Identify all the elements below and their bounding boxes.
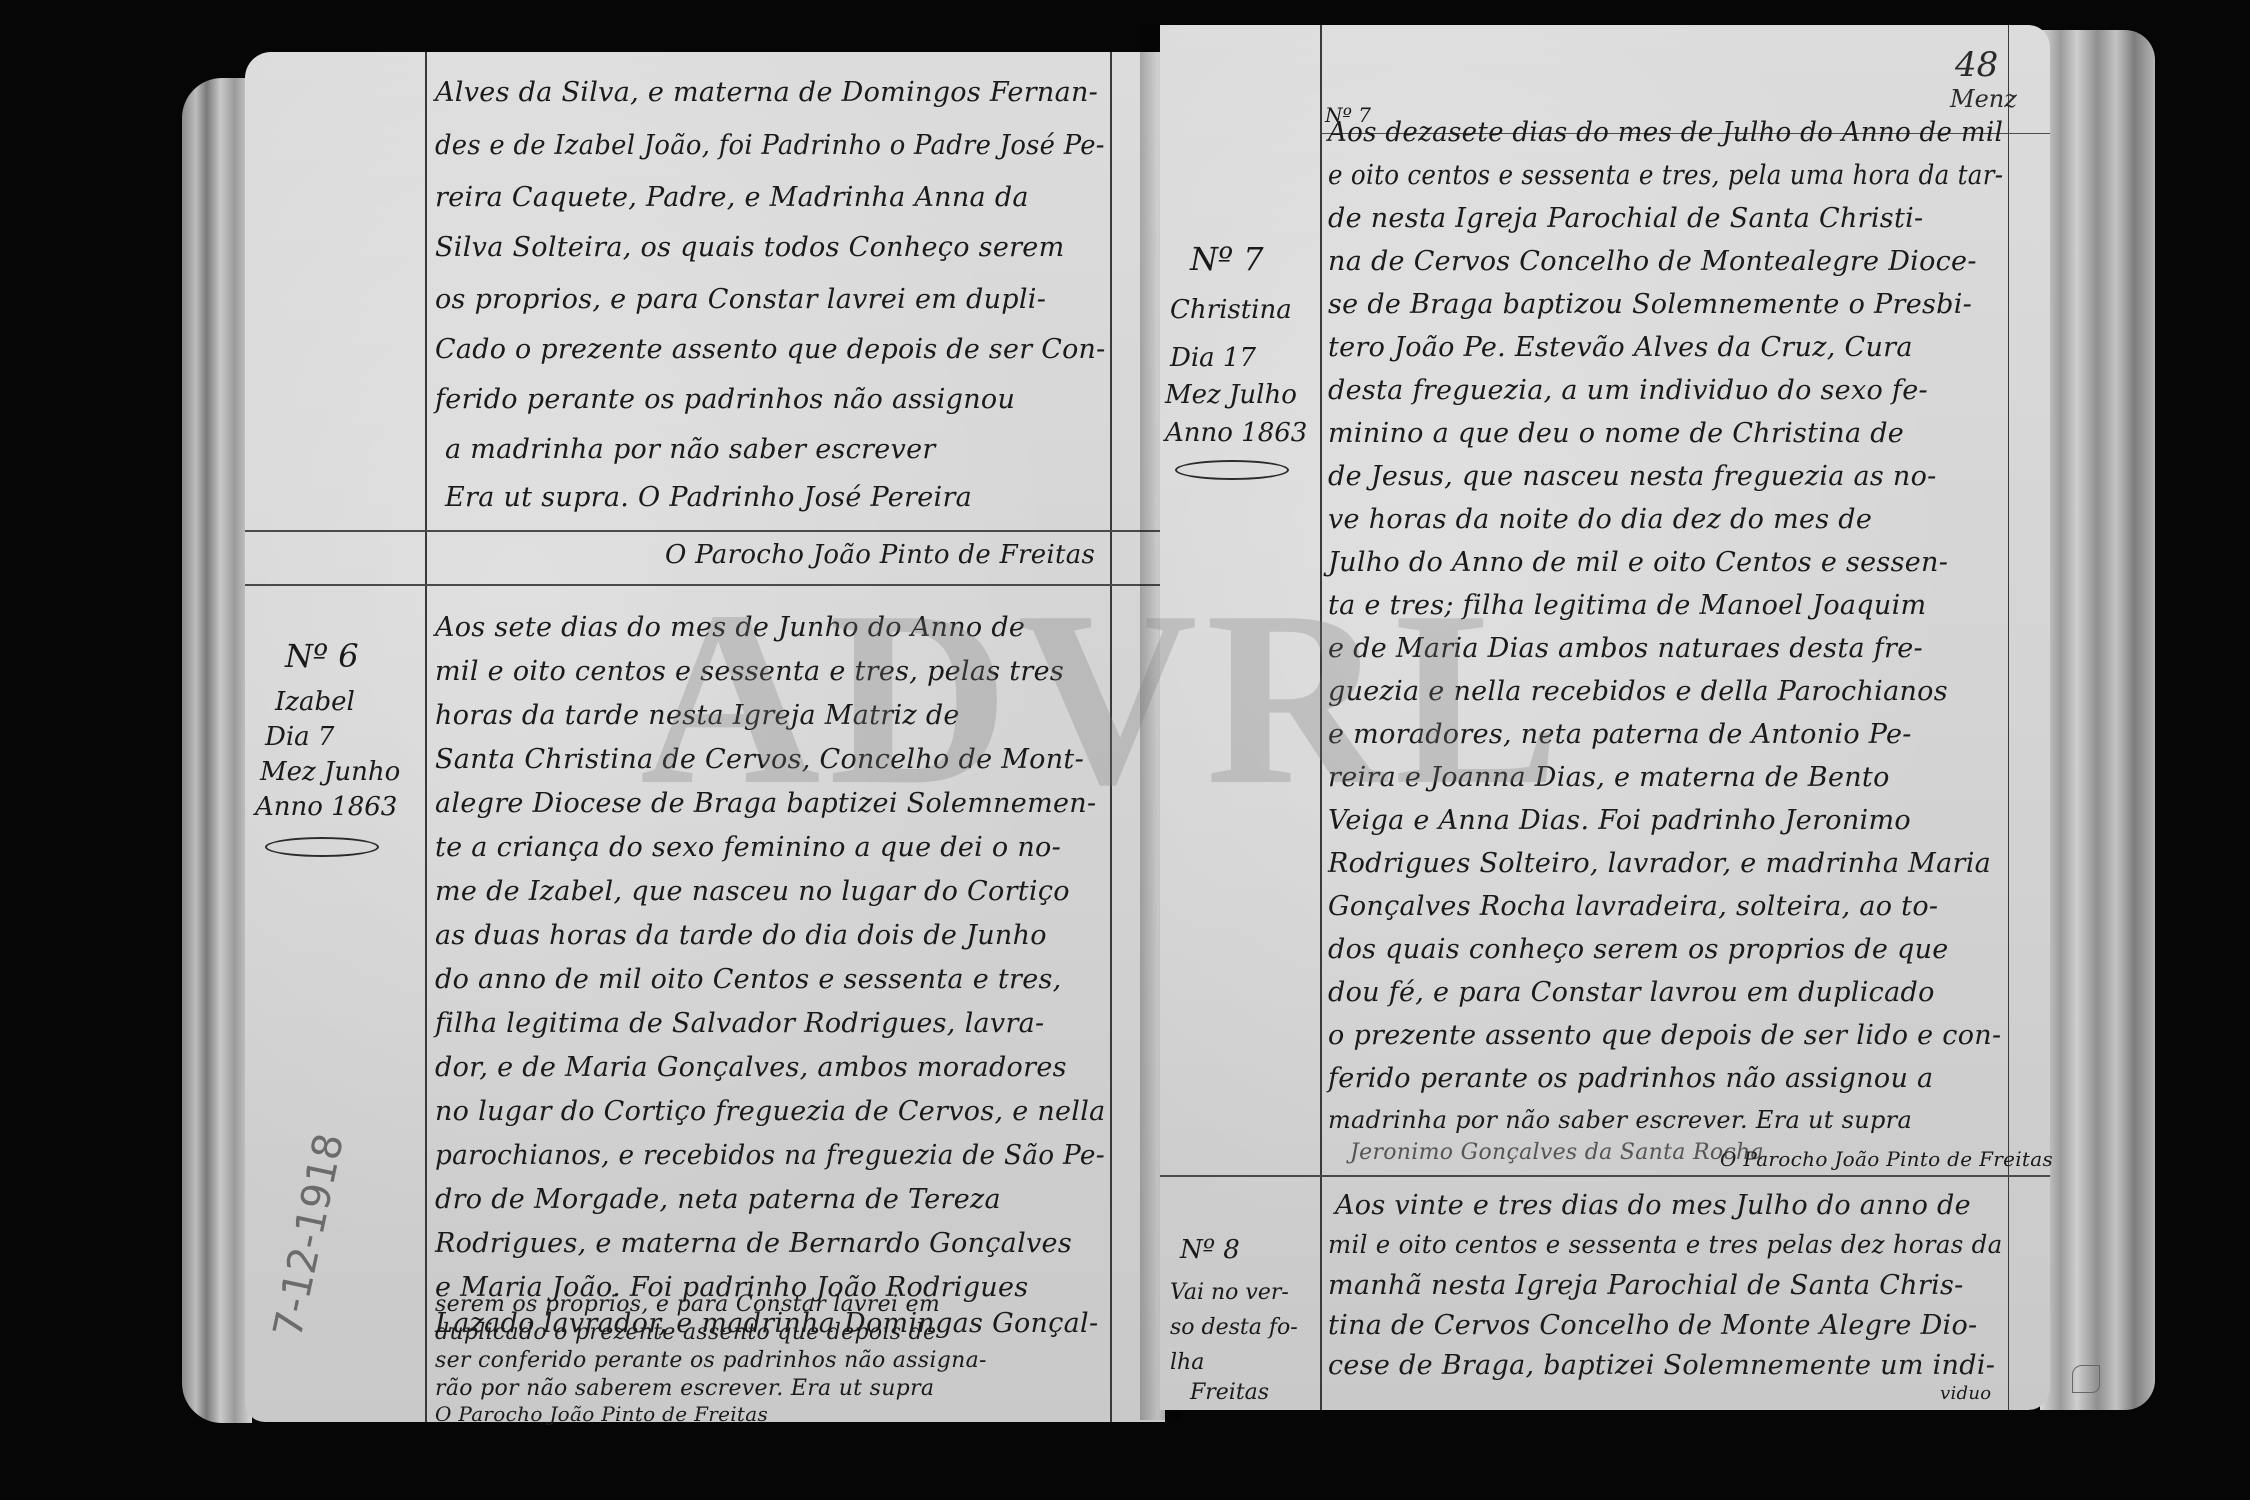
- text-line: des e de Izabel João, foi Padrinho o Pad…: [435, 130, 1105, 161]
- text-line: e moradores, neta paterna de Antonio Pe-: [1328, 719, 1912, 750]
- text-line: dos quais conheço serem os proprios de q…: [1328, 934, 1949, 965]
- text-line: ser conferido perante os padrinhos não a…: [435, 1348, 987, 1373]
- text-line: dou fé, e para Constar lavrou em duplica…: [1328, 977, 1935, 1008]
- text-line: ferido perante os padrinhos não assignou…: [1328, 1063, 1933, 1094]
- text-line: tina de Cervos Concelho de Monte Alegre …: [1328, 1310, 1977, 1341]
- text-line: Aos dezasete dias do mes de Julho do Ann…: [1328, 117, 2003, 148]
- baptism-month: Mez Junho: [260, 757, 400, 787]
- text-line: do anno de mil oito Centos e sessenta e …: [435, 964, 1062, 995]
- text-line: Aos sete dias do mes de Junho do Anno de: [435, 612, 1025, 643]
- text-line: e de Maria Dias ambos naturaes desta fre…: [1328, 633, 1923, 664]
- text-line: cese de Braga, baptizei Solemnemente um …: [1328, 1350, 1995, 1381]
- child-name: Izabel: [275, 687, 355, 717]
- text-line: as duas horas da tarde do dia dois de Ju…: [435, 920, 1047, 951]
- text-line: dro de Morgade, neta paterna de Tereza: [435, 1184, 1001, 1215]
- text-line: se de Braga baptizou Solemnemente o Pres…: [1328, 289, 1972, 320]
- text-line: mil e oito centos e sessenta e tres pela…: [1328, 1230, 2002, 1259]
- text-line: Veiga e Anna Dias. Foi padrinho Jeronimo: [1328, 805, 1911, 836]
- text-line: Julho do Anno de mil e oito Centos e ses…: [1328, 547, 1948, 578]
- right-margin-rule: [1320, 25, 1322, 1410]
- text-line: minino a que deu o nome de Christina de: [1328, 418, 1904, 449]
- entry-number: Nº 6: [285, 637, 359, 675]
- text-line: horas da tarde nesta Igreja Matriz de: [435, 700, 960, 731]
- text-line: na de Cervos Concelho de Montealegre Dio…: [1328, 246, 1977, 277]
- text-line: Era ut supra. O Padrinho José Pereira: [445, 482, 972, 513]
- godfather-signature: Jeronimo Gonçalves da Santa Rocha: [1350, 1140, 1764, 1165]
- text-line: manhã nesta Igreja Parochial de Santa Ch…: [1328, 1270, 1964, 1301]
- page-corner-fold: [2072, 1365, 2100, 1393]
- left-page-edges: [182, 78, 252, 1423]
- text-line: ta e tres; filha legitima de Manoel Joaq…: [1328, 590, 1926, 621]
- margin-note: lha: [1170, 1350, 1204, 1375]
- baptism-day: Dia 7: [265, 722, 334, 752]
- entry-divider: [245, 584, 1165, 586]
- text-line: Santa Christina de Cervos, Concelho de M…: [435, 744, 1084, 775]
- text-line: serem os proprios, e para Constar lavrei…: [435, 1292, 940, 1317]
- text-line: dor, e de Maria Gonçalves, ambos morador…: [435, 1052, 1067, 1083]
- text-line: parochianos, e recebidos na freguezia de…: [435, 1140, 1105, 1171]
- flourish-ornament: [1175, 460, 1289, 480]
- left-page: Alves da Silva, e materna de Domingos Fe…: [245, 52, 1165, 1422]
- parish-priest-signature: O Parocho João Pinto de Freitas: [435, 1402, 768, 1426]
- baptism-month: Mez Julho: [1165, 380, 1297, 410]
- folio-number: 48: [1955, 45, 1998, 85]
- text-line: Gonçalves Rocha lavradeira, solteira, ao…: [1328, 891, 1938, 922]
- text-line: Silva Solteira, os quais todos Conheço s…: [435, 232, 1065, 263]
- text-line: reira e Joanna Dias, e materna de Bento: [1328, 762, 1890, 793]
- text-line: madrinha por não saber escrever. Era ut …: [1328, 1106, 1912, 1134]
- child-name: Christina: [1170, 295, 1292, 325]
- text-line: alegre Diocese de Braga baptizei Solemne…: [435, 788, 1096, 819]
- parish-priest-signature: O Parocho João Pinto de Freitas: [665, 540, 1095, 570]
- text-line: o prezente assento que depois de ser lid…: [1328, 1020, 2001, 1051]
- entry-number: Nº 8: [1180, 1235, 1240, 1265]
- text-line: Rodrigues, e materna de Bernardo Gonçalv…: [435, 1228, 1072, 1259]
- entry-number: Nº 7: [1190, 240, 1264, 278]
- folio-annotation: Menz: [1950, 85, 2017, 113]
- text-line: no lugar do Cortiço freguezia de Cervos,…: [435, 1096, 1106, 1127]
- text-line: ferido perante os padrinhos não assignou: [435, 384, 1015, 415]
- text-line: te a criança do sexo feminino a que dei …: [435, 832, 1061, 863]
- text-line: os proprios, e para Constar lavrei em du…: [435, 284, 1046, 315]
- text-line: rão por não saberem escrever. Era ut sup…: [435, 1376, 934, 1401]
- left-margin-rule: [425, 52, 427, 1422]
- text-line: guezia e nella recebidos e della Parochi…: [1328, 676, 1948, 707]
- text-line: duplicado o prezente assento que depois …: [435, 1320, 936, 1345]
- continuation-mark: viduo: [1940, 1383, 1991, 1404]
- baptism-day: Dia 17: [1170, 343, 1256, 373]
- parish-priest-signature: O Parocho João Pinto de Freitas: [1720, 1147, 2053, 1171]
- pencil-date-annotation: 7-12-1918: [265, 1130, 353, 1342]
- left-right-margin-rule: [1110, 52, 1112, 1422]
- flourish-ornament: [265, 837, 379, 857]
- text-line: filha legitima de Salvador Rodrigues, la…: [435, 1008, 1044, 1039]
- entry-divider: [245, 530, 1165, 532]
- text-line: reira Caquete, Padre, e Madrinha Anna da: [435, 182, 1029, 213]
- right-page-edges: [2040, 30, 2155, 1410]
- margin-signature: Freitas: [1190, 1380, 1269, 1405]
- margin-note: Vai no ver-: [1170, 1280, 1289, 1305]
- entry-divider: [1160, 1175, 2050, 1177]
- text-line: Aos vinte e tres dias do mes Julho do an…: [1335, 1190, 1971, 1221]
- text-line: mil e oito centos e sessenta e tres, pel…: [435, 656, 1064, 687]
- text-line: Cado o prezente assento que depois de se…: [435, 334, 1106, 365]
- baptism-year: Anno 1863: [255, 792, 397, 822]
- text-line: ve horas da noite do dia dez do mes de: [1328, 504, 1872, 535]
- text-line: de Jesus, que nasceu nesta freguezia as …: [1328, 461, 1937, 492]
- text-line: tero João Pe. Estevão Alves da Cruz, Cur…: [1328, 332, 1913, 363]
- right-outer-rule: [2008, 25, 2009, 1410]
- margin-note: so desta fo-: [1170, 1315, 1298, 1340]
- text-line: Rodrigues Solteiro, lavrador, e madrinha…: [1328, 848, 1991, 879]
- right-page: 48 Menz Nº 7 Nº 7 Christina Dia 17 Mez J…: [1160, 25, 2050, 1410]
- text-line: a madrinha por não saber escrever: [445, 434, 936, 465]
- baptism-year: Anno 1863: [1165, 418, 1307, 448]
- text-line: e oito centos e sessenta e tres, pela um…: [1328, 160, 2003, 191]
- text-line: desta freguezia, a um individuo do sexo …: [1328, 375, 1928, 406]
- text-line: Alves da Silva, e materna de Domingos Fe…: [435, 77, 1098, 108]
- text-line: me de Izabel, que nasceu no lugar do Cor…: [435, 876, 1070, 907]
- text-line: de nesta Igreja Parochial de Santa Chris…: [1328, 203, 1923, 234]
